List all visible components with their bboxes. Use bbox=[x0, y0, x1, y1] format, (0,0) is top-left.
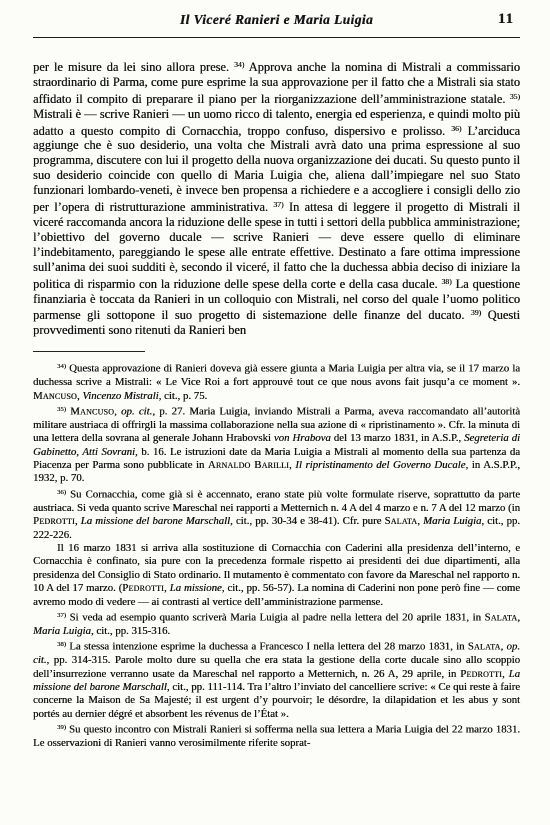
footnote-ref: 38) bbox=[57, 641, 66, 648]
footnote-ref: 35) bbox=[57, 406, 66, 413]
footnote-paragraph: 34) Questa approvazione di Ranieri dovev… bbox=[33, 360, 520, 403]
text-segment: Il ripristinamento del Governo Ducale bbox=[295, 459, 465, 471]
text-segment: Maria Luigia bbox=[33, 625, 91, 637]
text-segment: Questa approvazione di Ranieri doveva gi… bbox=[33, 363, 520, 388]
footnote-ref: 37) bbox=[273, 200, 283, 209]
footnote-ref: 38) bbox=[441, 277, 451, 286]
footnote-ref: 39) bbox=[471, 308, 481, 317]
footnote-paragraph: 38) La stessa intenzione esprime la duch… bbox=[33, 638, 520, 721]
text-segment: del 13 marzo 1831, in A.S.P., bbox=[331, 432, 464, 444]
text-segment: Pedrotti bbox=[33, 515, 75, 527]
text-segment: Su questo incontro con Mistrali Ranieri … bbox=[33, 724, 520, 749]
text-segment: La missione bbox=[170, 582, 222, 594]
text-segment: , cit., pp. 315-316. bbox=[91, 625, 170, 637]
text-segment: , bbox=[114, 405, 121, 417]
text-segment: Salata bbox=[485, 611, 518, 623]
text-segment: Arnaldo Barilli bbox=[208, 459, 289, 471]
text-segment: , bbox=[502, 668, 509, 680]
text-segment: Salata bbox=[384, 515, 417, 527]
text-segment: per le misure da lei sino allora prese. bbox=[33, 60, 234, 74]
page-number: 11 bbox=[498, 11, 514, 28]
footnote-ref: 37) bbox=[57, 612, 66, 619]
text-segment: Mistrali è — scrive Ranieri — un uomo ri… bbox=[33, 107, 520, 138]
text-segment: , bbox=[517, 611, 520, 623]
text-segment: Maria Luigia bbox=[423, 515, 481, 527]
footnote-ref: 35) bbox=[510, 92, 520, 101]
footnote-paragraph: Il 16 marzo 1831 si arriva alla sostituz… bbox=[33, 542, 520, 609]
footnote-ref: 36) bbox=[451, 124, 461, 133]
text-segment: , pp. 314-315. Parole molto dure su quel… bbox=[33, 654, 520, 679]
footnotes: 34) Questa approvazione di Ranieri dovev… bbox=[33, 360, 520, 750]
text-segment: La missione del barone Marschall bbox=[81, 515, 230, 527]
text-segment: Salata bbox=[468, 641, 501, 653]
footnote-ref: 34) bbox=[57, 363, 66, 370]
book-page: Il Viceré Ranieri e Maria Luigia 11 per … bbox=[0, 0, 550, 825]
footnote-paragraph: 36) Su Cornacchia, come già si è accenna… bbox=[33, 486, 520, 542]
text-segment: von Hrabova bbox=[274, 432, 331, 444]
page-header: Il Viceré Ranieri e Maria Luigia 11 bbox=[33, 12, 520, 34]
text-segment: Mancuso bbox=[33, 390, 77, 402]
text-segment: Si veda ad esempio quanto scriverà Maria… bbox=[66, 611, 485, 623]
text-segment: Pedrotti bbox=[460, 668, 502, 680]
text-segment: La stessa intenzione esprime la duchessa… bbox=[66, 641, 468, 653]
footnote-paragraph: 35) Mancuso, op. cit., p. 27. Maria Luig… bbox=[33, 403, 520, 486]
footnote-ref: 34) bbox=[234, 60, 244, 69]
body-paragraph: per le misure da lei sino allora prese. … bbox=[33, 58, 520, 338]
text-segment: Mancuso bbox=[70, 405, 114, 417]
text-segment: , cit., p. 75. bbox=[159, 390, 208, 402]
footnote-ref: 36) bbox=[57, 489, 66, 496]
header-rule bbox=[33, 37, 520, 38]
footnote-paragraph: 37) Si veda ad esempio quanto scriverà M… bbox=[33, 609, 520, 638]
text-segment: Pedrotti bbox=[122, 582, 164, 594]
footnote-ref: 39) bbox=[57, 724, 66, 731]
text-segment: Su Cornacchia, come già si è accennato, … bbox=[33, 488, 520, 513]
footnote-separator bbox=[33, 351, 145, 352]
footnote-paragraph: 39) Su questo incontro con Mistrali Rani… bbox=[33, 721, 520, 750]
text-segment: Vincenzo Mistrali bbox=[82, 390, 158, 402]
running-title: Il Viceré Ranieri e Maria Luigia bbox=[33, 12, 520, 28]
text-segment: , cit., pp. 30-34 e 38-41). Cfr. pure bbox=[230, 515, 384, 527]
text-segment: op. cit. bbox=[121, 405, 152, 417]
